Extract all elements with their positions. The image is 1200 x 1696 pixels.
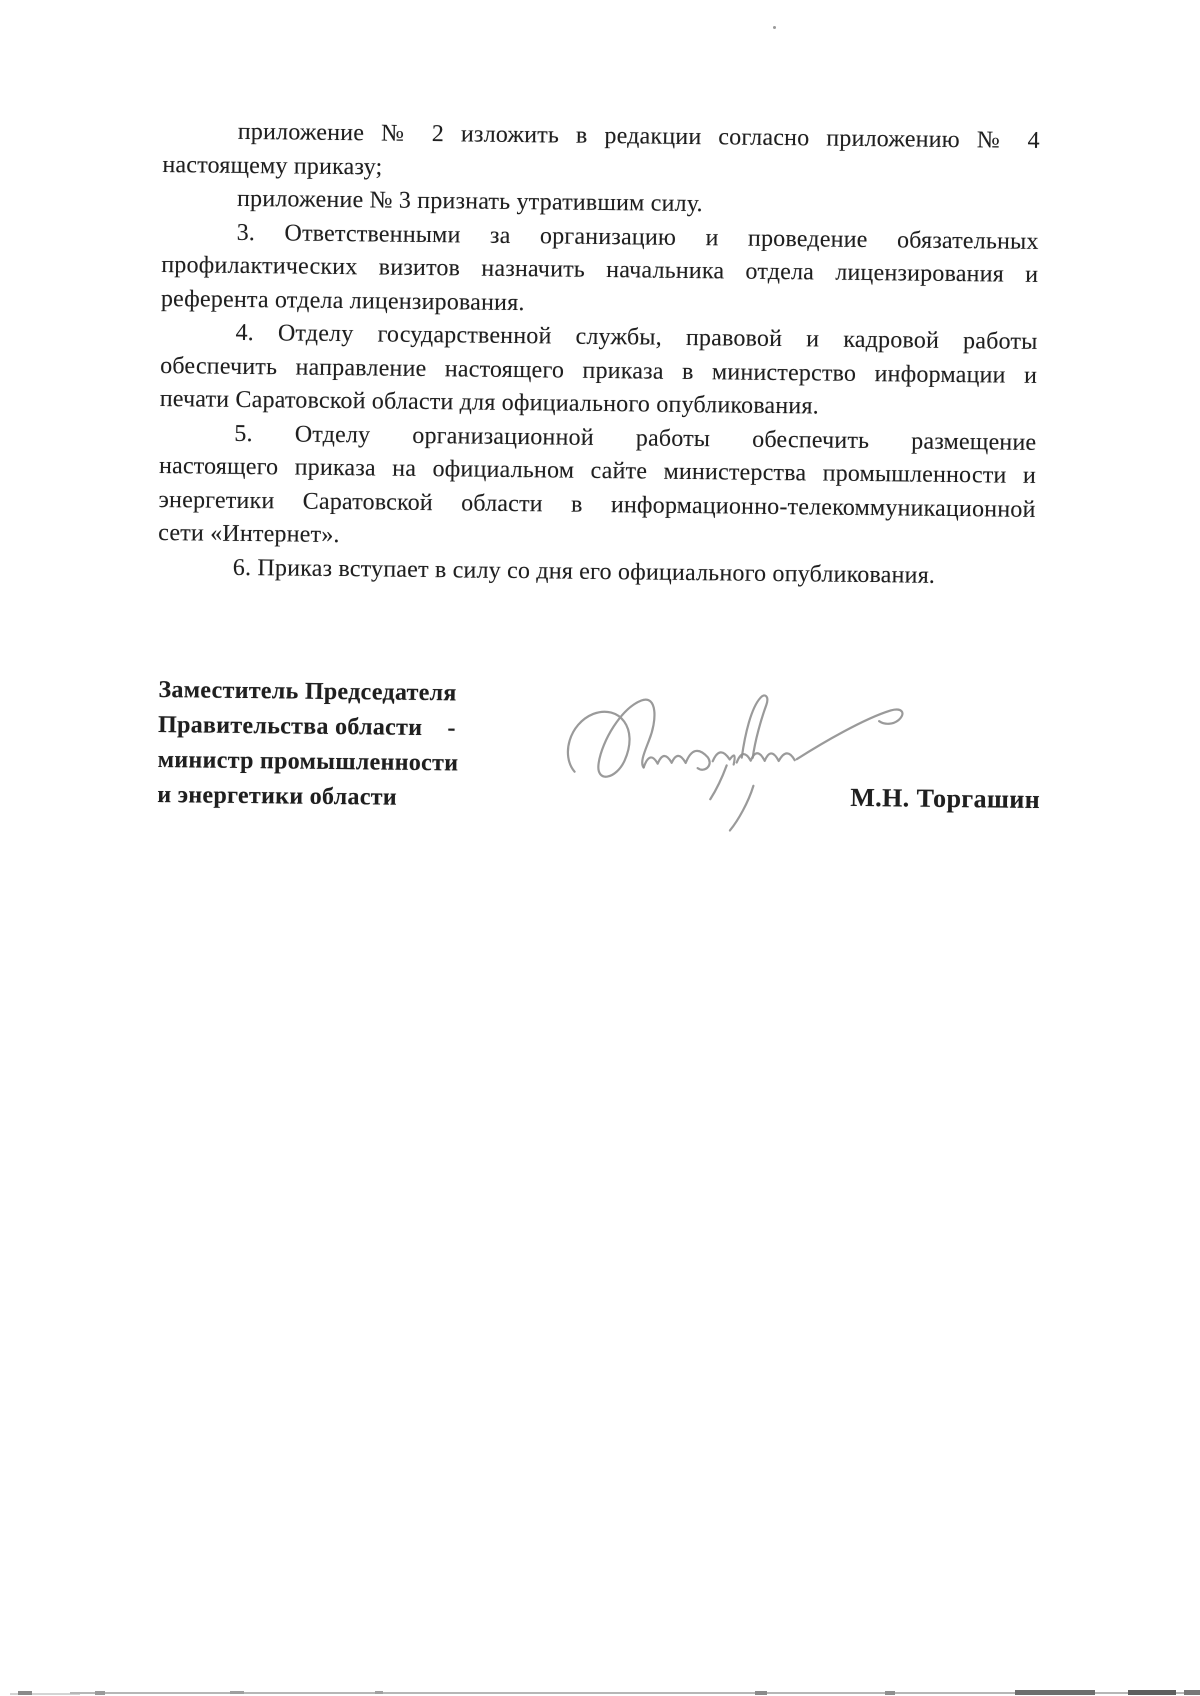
signatory-title-line: Заместитель Председателя (158, 673, 588, 713)
document-body: приложение № 2 изложить в редакции согла… (158, 115, 1040, 594)
scan-artifact-bottom-edge (0, 1690, 1200, 1696)
handwritten-signature-icon (560, 668, 922, 844)
signatory-name: М.Н. Торгашин (850, 783, 1040, 815)
signatory-title-line: министр промышленности (157, 743, 587, 783)
signatory-title-line: и энергетики области (157, 778, 587, 818)
signatory-title-line: Правительства области - (158, 708, 588, 748)
document-content: приложение № 2 изложить в редакции согла… (147, 115, 1043, 1525)
scanned-document-page: приложение № 2 изложить в редакции согла… (0, 0, 1200, 1696)
scan-speck (773, 26, 776, 29)
signatory-title: Заместитель Председателя Правительства о… (157, 673, 589, 818)
